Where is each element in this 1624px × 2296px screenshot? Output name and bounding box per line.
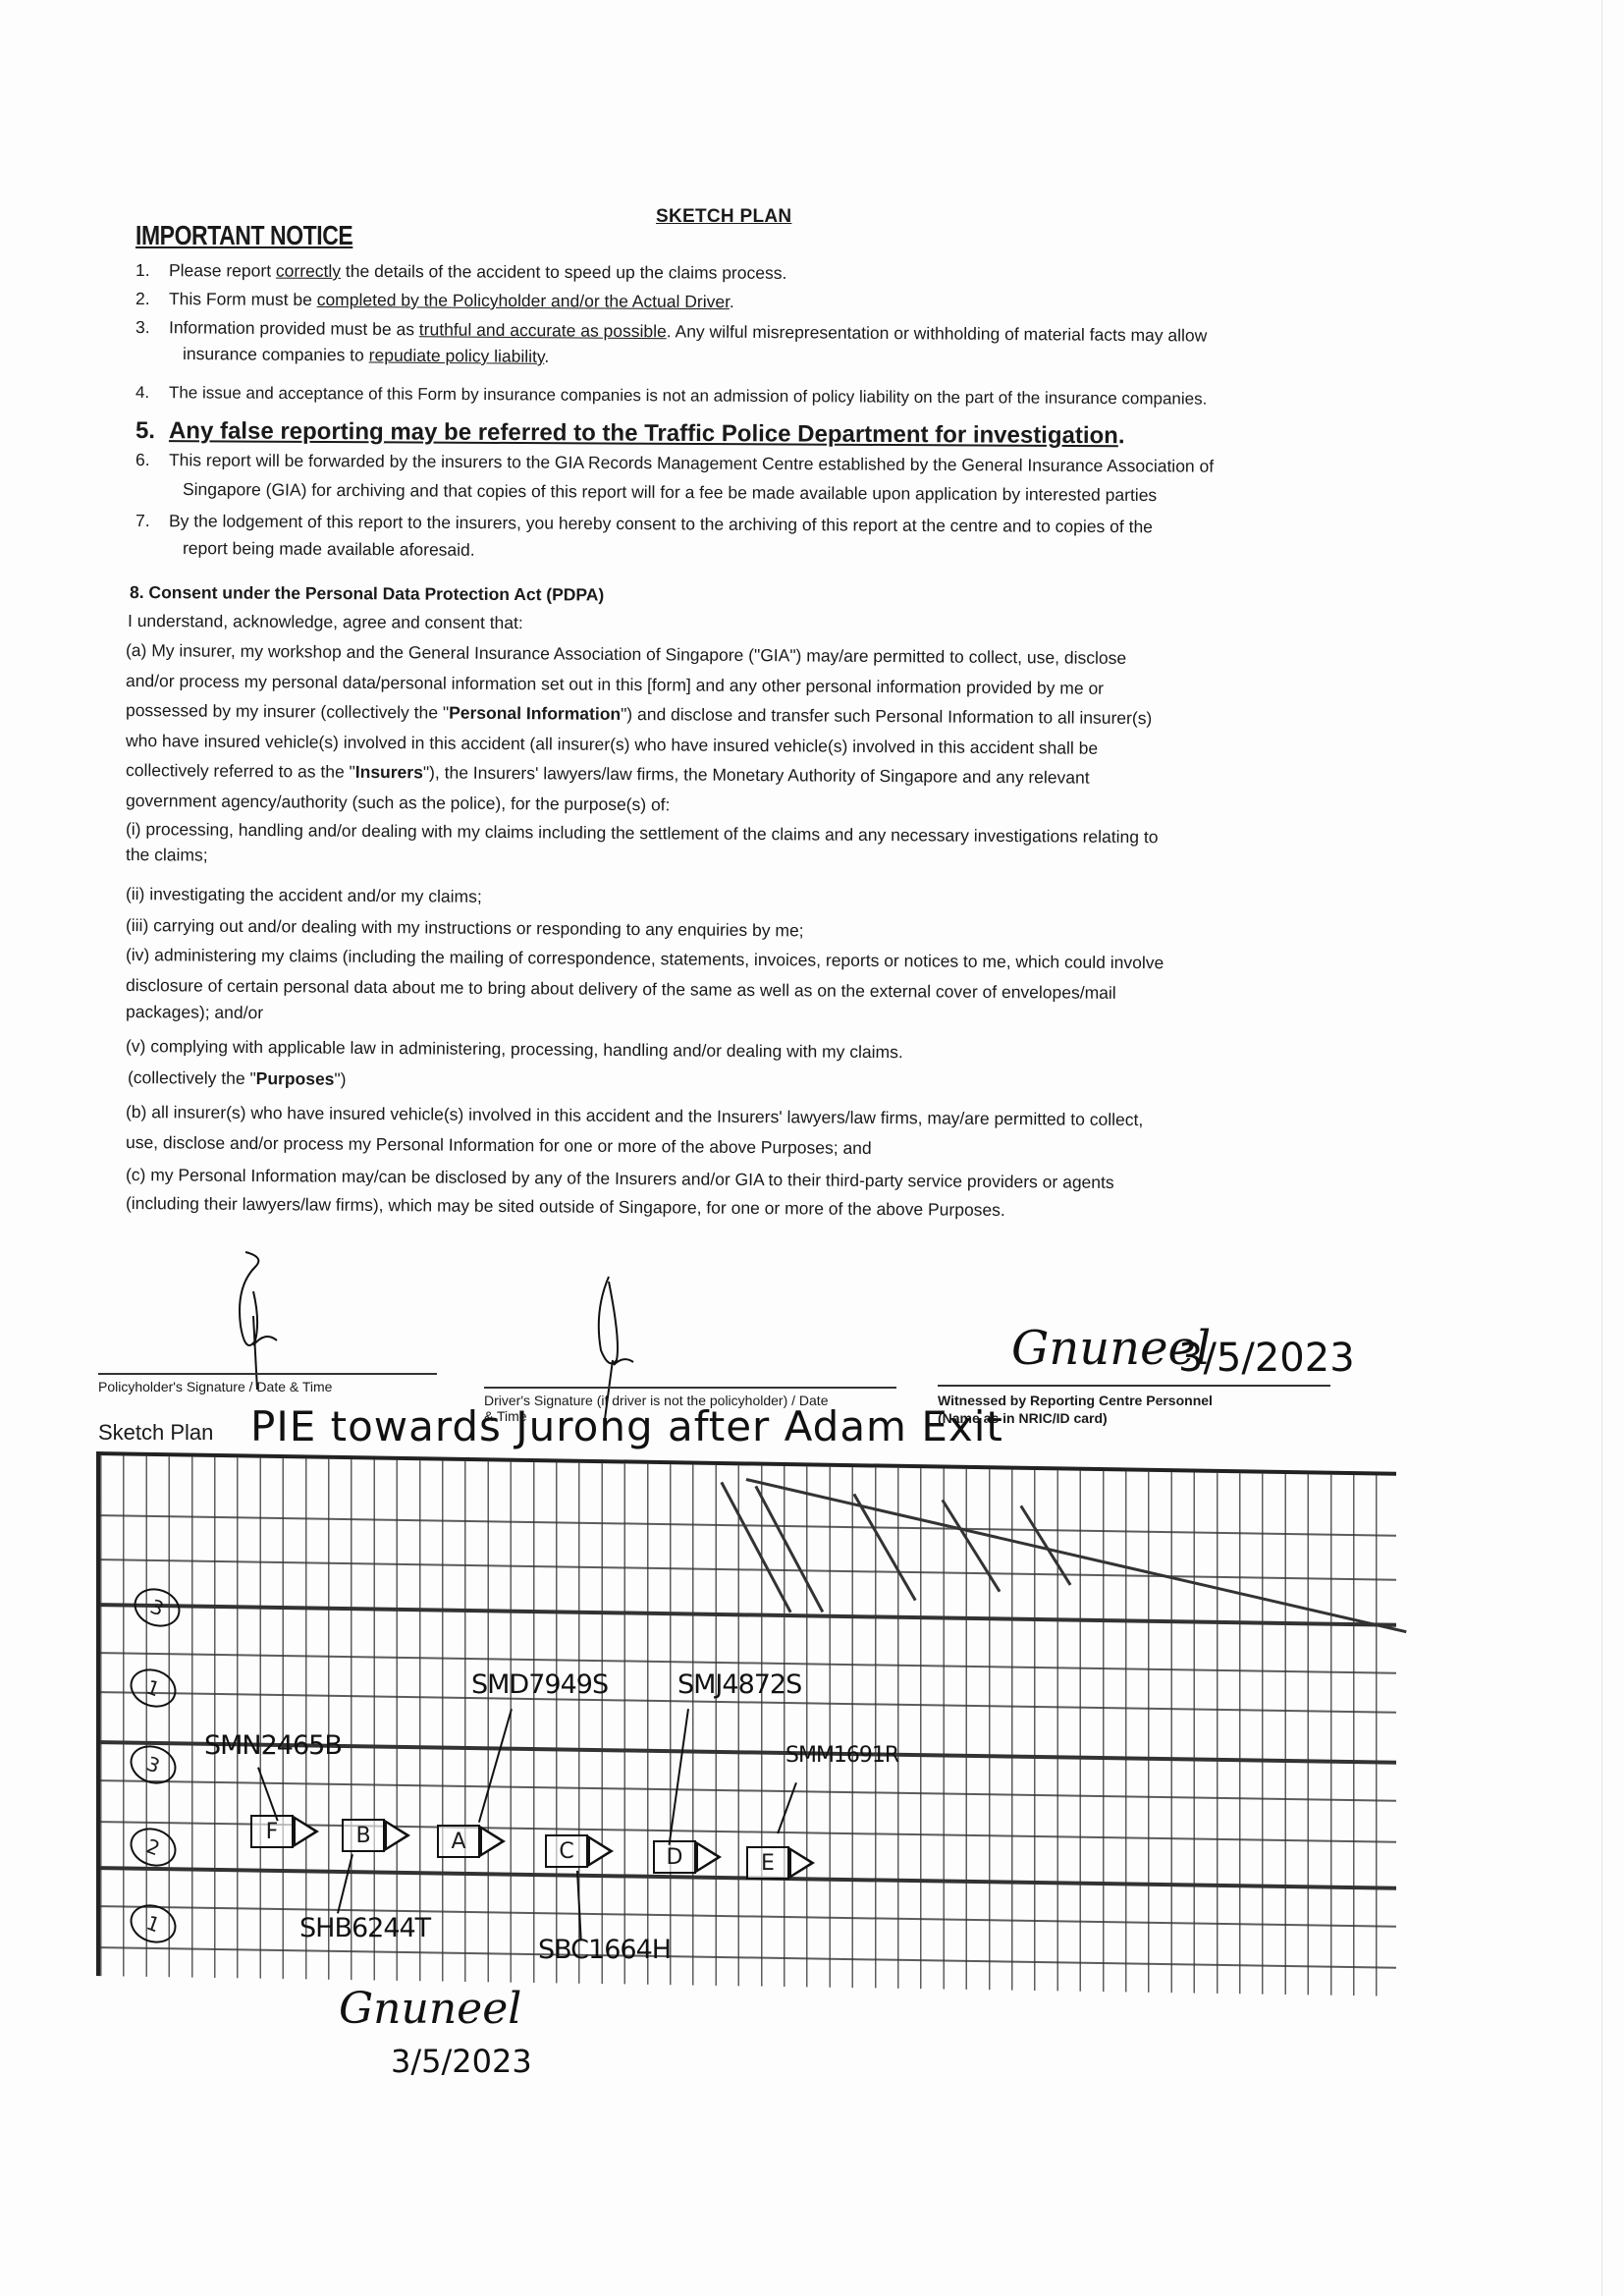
pdpa-line: packages); and/or	[126, 1002, 263, 1023]
vehicle-arrow-icon	[588, 1835, 614, 1867]
vehicle-body: F	[250, 1815, 294, 1848]
notice-item-5: 4.The issue and acceptance of this Form …	[135, 383, 1208, 410]
policyholder-signature-label: Policyholder's Signature / Date & Time	[98, 1379, 332, 1394]
notice-item-10: report being made available aforesaid.	[183, 538, 475, 561]
vehicle-body: E	[746, 1846, 789, 1880]
pdpa-defined-term: Personal Information	[449, 703, 621, 724]
vehicle-arrow-icon	[385, 1820, 410, 1851]
notice-item-9: 7.By the lodgement of this report to the…	[135, 511, 1153, 537]
vehicle-plate: SMJ4872S	[677, 1669, 801, 1700]
sketch-grid	[96, 1451, 1396, 1996]
vehicle-arrow-icon	[480, 1826, 506, 1857]
pdpa-line: (v) complying with applicable law in adm…	[126, 1036, 903, 1063]
vehicle-arrow-icon	[696, 1841, 722, 1873]
pdpa-intro: I understand, acknowledge, agree and con…	[128, 611, 523, 633]
notice-item-text: insurance companies to	[183, 344, 369, 364]
notice-item-text-end: .	[730, 292, 734, 311]
sketch-description: PIE towards Jurong after Adam Exit	[250, 1402, 1003, 1450]
pdpa-line: possessed by my insurer (collectively th…	[126, 700, 1152, 729]
vehicle-d: D	[653, 1840, 722, 1874]
notice-item-text-end: . Any wilful misrepresentation or withho…	[667, 321, 1208, 345]
driver-signature-line	[484, 1387, 896, 1389]
notice-item-2: 2.This Form must be completed by the Pol…	[135, 289, 734, 312]
notice-item-text-end: the details of the accident to speed up …	[341, 261, 786, 283]
notice-item-7: 6.This report will be forwarded by the i…	[135, 450, 1214, 477]
notice-item-8: Singapore (GIA) for archiving and that c…	[183, 479, 1157, 506]
vehicle-body: C	[545, 1834, 588, 1868]
pdpa-line: (c) my Personal Information may/can be d…	[126, 1165, 1114, 1193]
pdpa-defined-term: Purposes	[256, 1068, 335, 1089]
vehicle-b: B	[342, 1819, 410, 1852]
pdpa-line: (a) My insurer, my workshop and the Gene…	[126, 640, 1126, 669]
vehicle-a: A	[437, 1825, 506, 1858]
notice-item-number: 7.	[135, 511, 169, 531]
notice-item-6: 5.Any false reporting may be referred to…	[135, 417, 1125, 450]
vehicle-body: A	[437, 1825, 480, 1858]
pdpa-line: use, disclose and/or process my Personal…	[126, 1132, 872, 1159]
pdpa-line: (b) all insurer(s) who have insured vehi…	[126, 1102, 1143, 1130]
notice-item-text-end: .	[544, 347, 549, 366]
vehicle-body: B	[342, 1819, 385, 1852]
notice-item-text: This report will be forwarded by the ins…	[169, 450, 1214, 476]
bottom-signature-date: 3/5/2023	[391, 2043, 532, 2080]
document-page: SKETCH PLAN IMPORTANT NOTICE 1.Please re…	[0, 0, 1624, 2296]
vehicle-e: E	[746, 1846, 815, 1880]
pdpa-line: (including their lawyers/law firms), whi…	[126, 1193, 1005, 1221]
policyholder-signature-line	[98, 1373, 437, 1375]
pdpa-line: disclosure of certain personal data abou…	[126, 975, 1116, 1004]
notice-item-emphasis: correctly	[276, 261, 341, 281]
notice-item-number: 6.	[135, 450, 169, 470]
pdpa-defined-term: Insurers	[355, 762, 423, 783]
notice-item-emphasis: repudiate policy liability	[369, 345, 545, 365]
important-notice-title: IMPORTANT NOTICE	[135, 220, 352, 251]
pdpa-line: (iv) administering my claims (including …	[126, 945, 1164, 973]
vehicle-arrow-icon	[789, 1847, 815, 1879]
pdpa-line: collectively referred to as the "Insurer…	[126, 760, 1090, 789]
page-edge	[1601, 0, 1602, 2296]
notice-item-text-end: .	[1118, 422, 1125, 449]
vehicle-plate: SMD7949S	[471, 1669, 608, 1700]
vehicle-c: C	[545, 1834, 614, 1868]
witness-date: 3/5/2023	[1178, 1336, 1355, 1381]
notice-item-emphasis: completed by the Policyholder and/or the…	[317, 290, 730, 311]
vehicle-plate: SMN2465B	[204, 1730, 342, 1761]
pdpa-line: (iii) carrying out and/or dealing with m…	[126, 915, 804, 941]
notice-item-text: The issue and acceptance of this Form by…	[169, 383, 1208, 408]
notice-item-1: 1.Please report correctly the details of…	[135, 260, 786, 284]
notice-item-emphasis: truthful and accurate as possible	[419, 319, 667, 341]
notice-item-number: 2.	[135, 289, 169, 309]
notice-item-emphasis: Any false reporting may be referred to t…	[169, 417, 1118, 449]
notice-item-number: 4.	[135, 383, 169, 403]
pdpa-line: and/or process my personal data/personal…	[126, 671, 1104, 699]
notice-item-number: 3.	[135, 317, 169, 338]
vehicle-arrow-icon	[294, 1816, 319, 1847]
notice-item-text: report being made available aforesaid.	[183, 538, 475, 560]
vehicle-plate: SHB6244T	[299, 1913, 430, 1943]
pdpa-line: who have insured vehicle(s) involved in …	[126, 731, 1098, 759]
notice-item-number: 1.	[135, 260, 169, 281]
notice-item-text: Singapore (GIA) for archiving and that c…	[183, 479, 1157, 505]
pdpa-heading: 8. Consent under the Personal Data Prote…	[130, 582, 604, 606]
pdpa-line: government agency/authority (such as the…	[126, 791, 671, 815]
pdpa-line: the claims;	[126, 845, 208, 866]
vehicle-plate: SBC1664H	[538, 1935, 671, 1965]
bottom-signature: Gnuneel	[339, 1984, 521, 2034]
sketch-plan-title: SKETCH PLAN	[656, 206, 791, 228]
vehicle-plate: SMM1691R	[785, 1743, 898, 1768]
notice-item-text: This Form must be	[169, 289, 317, 309]
pdpa-line: (collectively the "Purposes")	[128, 1067, 347, 1090]
notice-item-4: insurance companies to repudiate policy …	[183, 344, 549, 367]
pdpa-line: (ii) investigating the accident and/or m…	[126, 884, 482, 907]
notice-item-text: Please report	[169, 260, 276, 280]
notice-item-text: By the lodgement of this report to the i…	[169, 511, 1153, 536]
notice-item-3: 3.Information provided must be as truthf…	[135, 317, 1207, 347]
vehicle-body: D	[653, 1840, 696, 1874]
sketch-plan-label: Sketch Plan	[98, 1420, 213, 1446]
notice-item-number: 5.	[135, 417, 169, 445]
pdpa-line: (i) processing, handling and/or dealing …	[126, 819, 1159, 847]
notice-item-text: Information provided must be as	[169, 317, 419, 339]
vehicle-f: F	[250, 1815, 319, 1848]
witness-signature-line	[938, 1385, 1330, 1387]
